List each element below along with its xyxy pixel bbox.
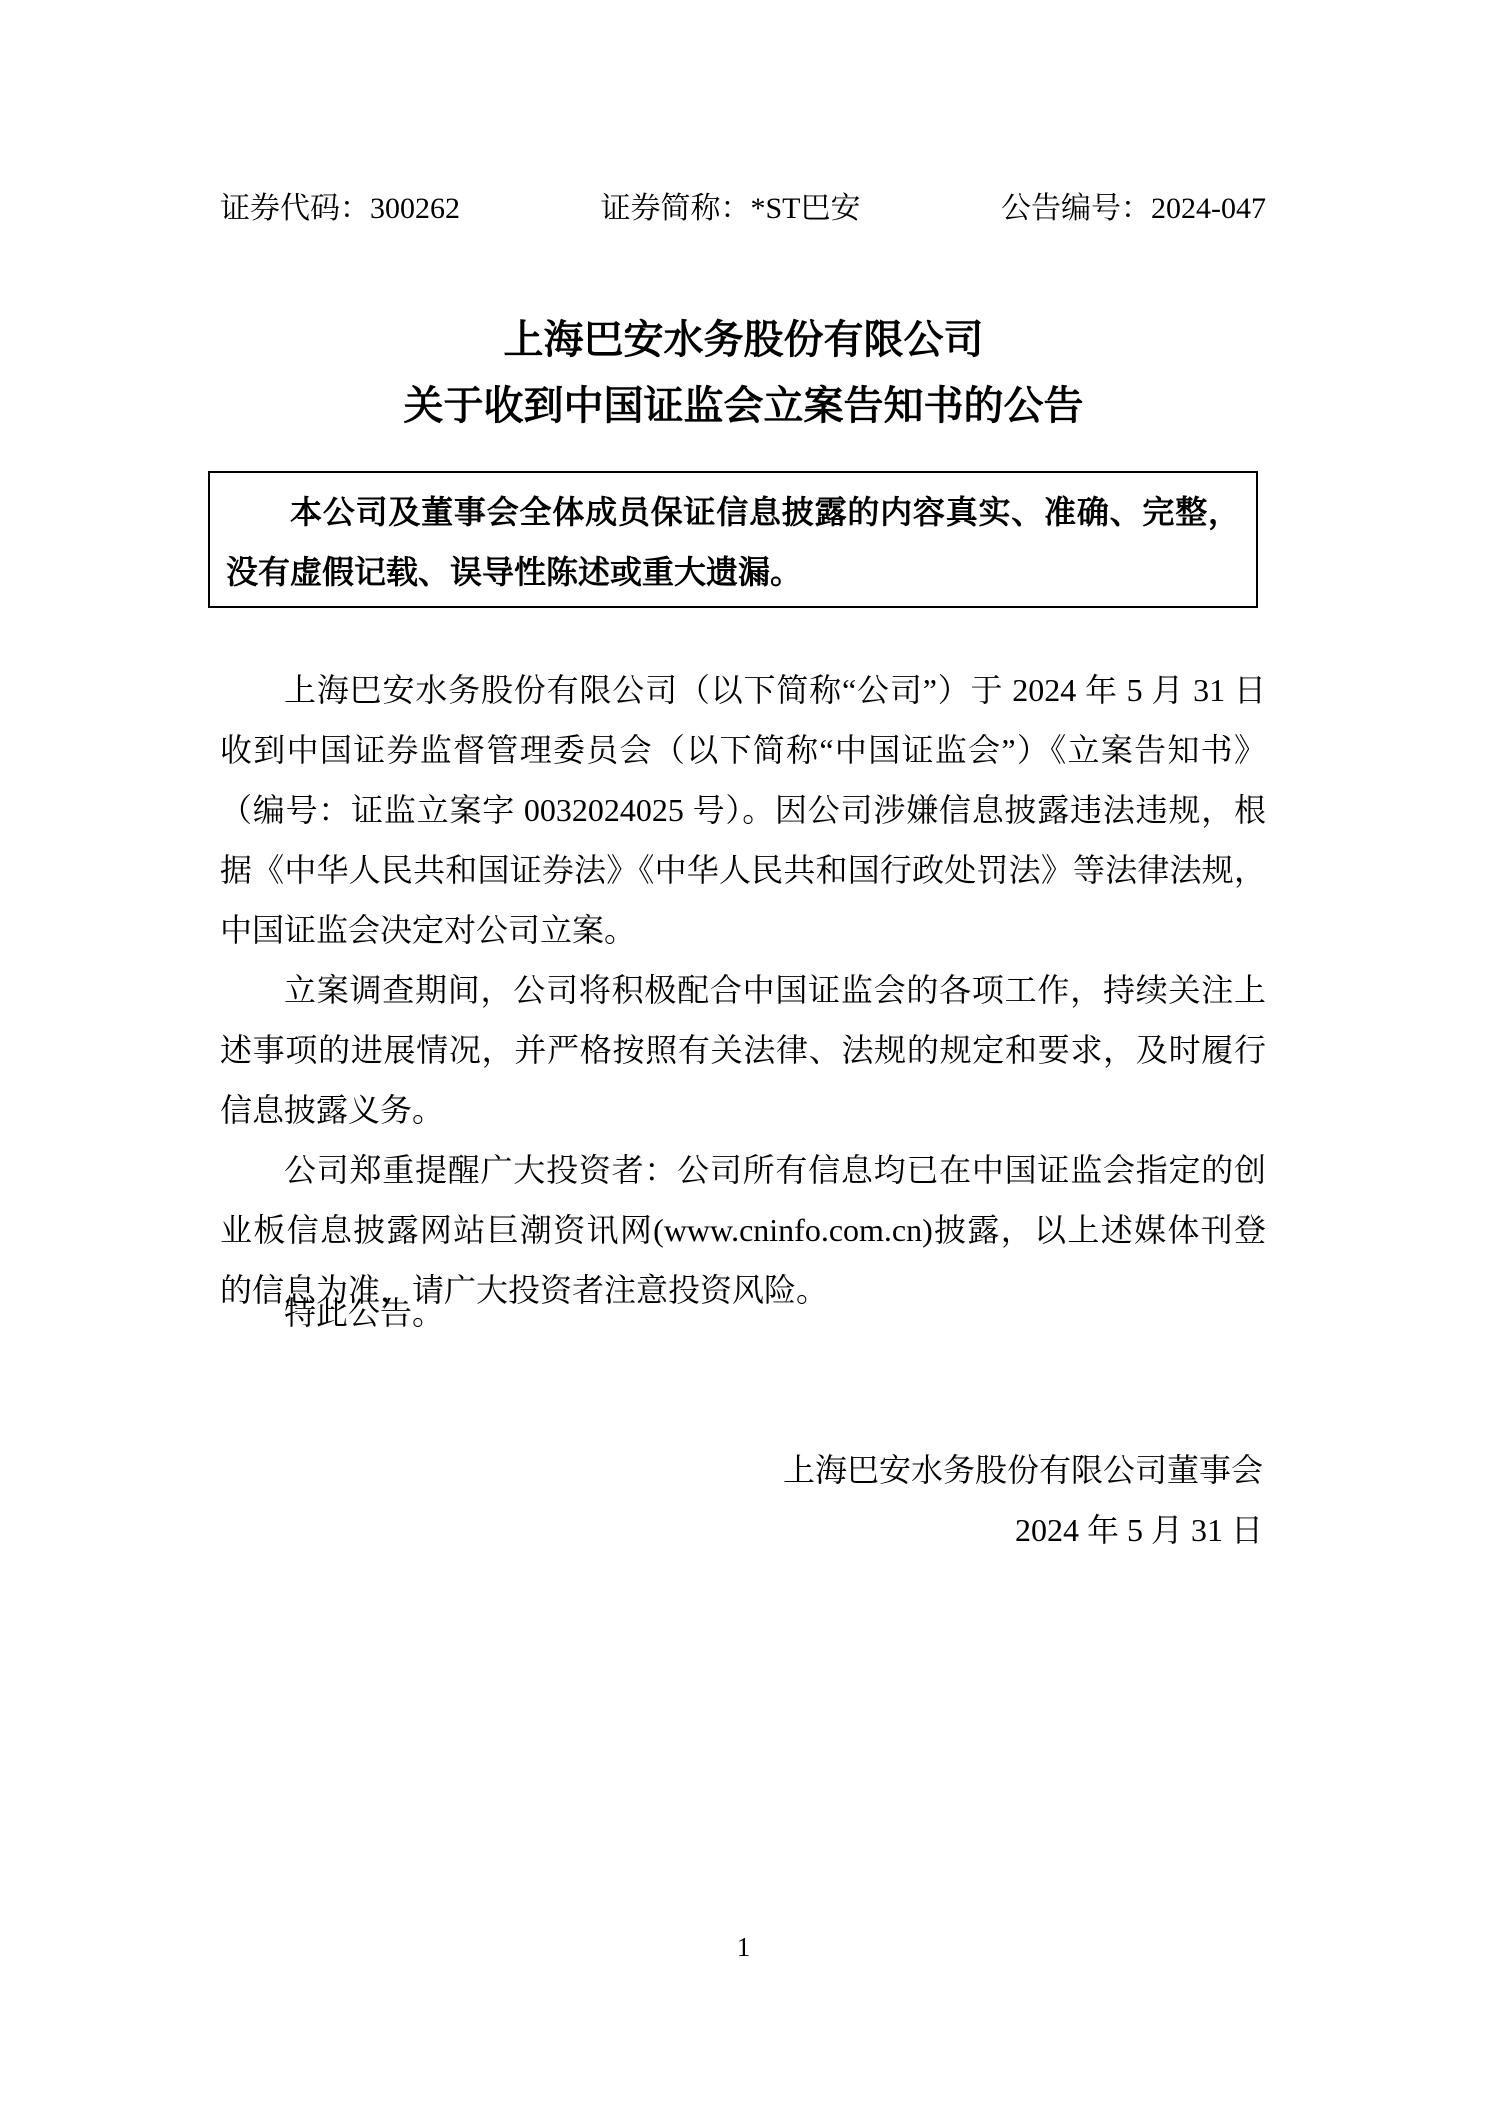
body-paragraph: 上海巴安水务股份有限公司（以下简称“公司”）于 2024 年 5 月 31 日收…	[220, 660, 1266, 960]
page-number: 1	[0, 1930, 1487, 1964]
stock-code-label: 证券代码：	[220, 192, 370, 225]
document-title: 上海巴安水务股份有限公司 关于收到中国证监会立案告知书的公告	[0, 316, 1487, 430]
announcement-number: 公告编号：2024-047	[1001, 191, 1266, 227]
stock-code-value: 300262	[370, 192, 460, 225]
body-paragraph: 立案调查期间，公司将积极配合中国证监会的各项工作，持续关注上述事项的进展情况，并…	[220, 960, 1266, 1140]
disclaimer-text: 本公司及董事会全体成员保证信息披露的内容真实、准确、完整，没有虚假记载、误导性陈…	[226, 482, 1240, 602]
disclaimer-box: 本公司及董事会全体成员保证信息披露的内容真实、准确、完整，没有虚假记载、误导性陈…	[208, 471, 1258, 608]
closing-text: 特此公告。	[220, 1283, 1266, 1343]
signature-date: 2024 年 5 月 31 日	[220, 1500, 1263, 1560]
closing-statement: 特此公告。	[220, 1283, 1266, 1343]
stock-code: 证券代码：300262	[220, 191, 460, 227]
signature-block: 上海巴安水务股份有限公司董事会 2024 年 5 月 31 日	[220, 1440, 1263, 1560]
stock-abbreviation: 证券简称：*ST巴安	[600, 191, 860, 227]
stock-abbreviation-value: *ST巴安	[750, 192, 860, 225]
company-name-title: 上海巴安水务股份有限公司	[0, 316, 1487, 364]
announcement-body: 上海巴安水务股份有限公司（以下简称“公司”）于 2024 年 5 月 31 日收…	[220, 660, 1266, 1320]
document-header: 证券代码：300262 证券简称：*ST巴安 公告编号：2024-047	[220, 191, 1266, 227]
announcement-number-value: 2024-047	[1151, 192, 1266, 225]
announcement-subject-title: 关于收到中国证监会立案告知书的公告	[0, 382, 1487, 430]
announcement-page: 证券代码：300262 证券简称：*ST巴安 公告编号：2024-047 上海巴…	[0, 0, 1487, 2105]
announcement-number-label: 公告编号：	[1001, 192, 1151, 225]
stock-abbreviation-label: 证券简称：	[600, 192, 750, 225]
signature-company: 上海巴安水务股份有限公司董事会	[220, 1440, 1263, 1500]
